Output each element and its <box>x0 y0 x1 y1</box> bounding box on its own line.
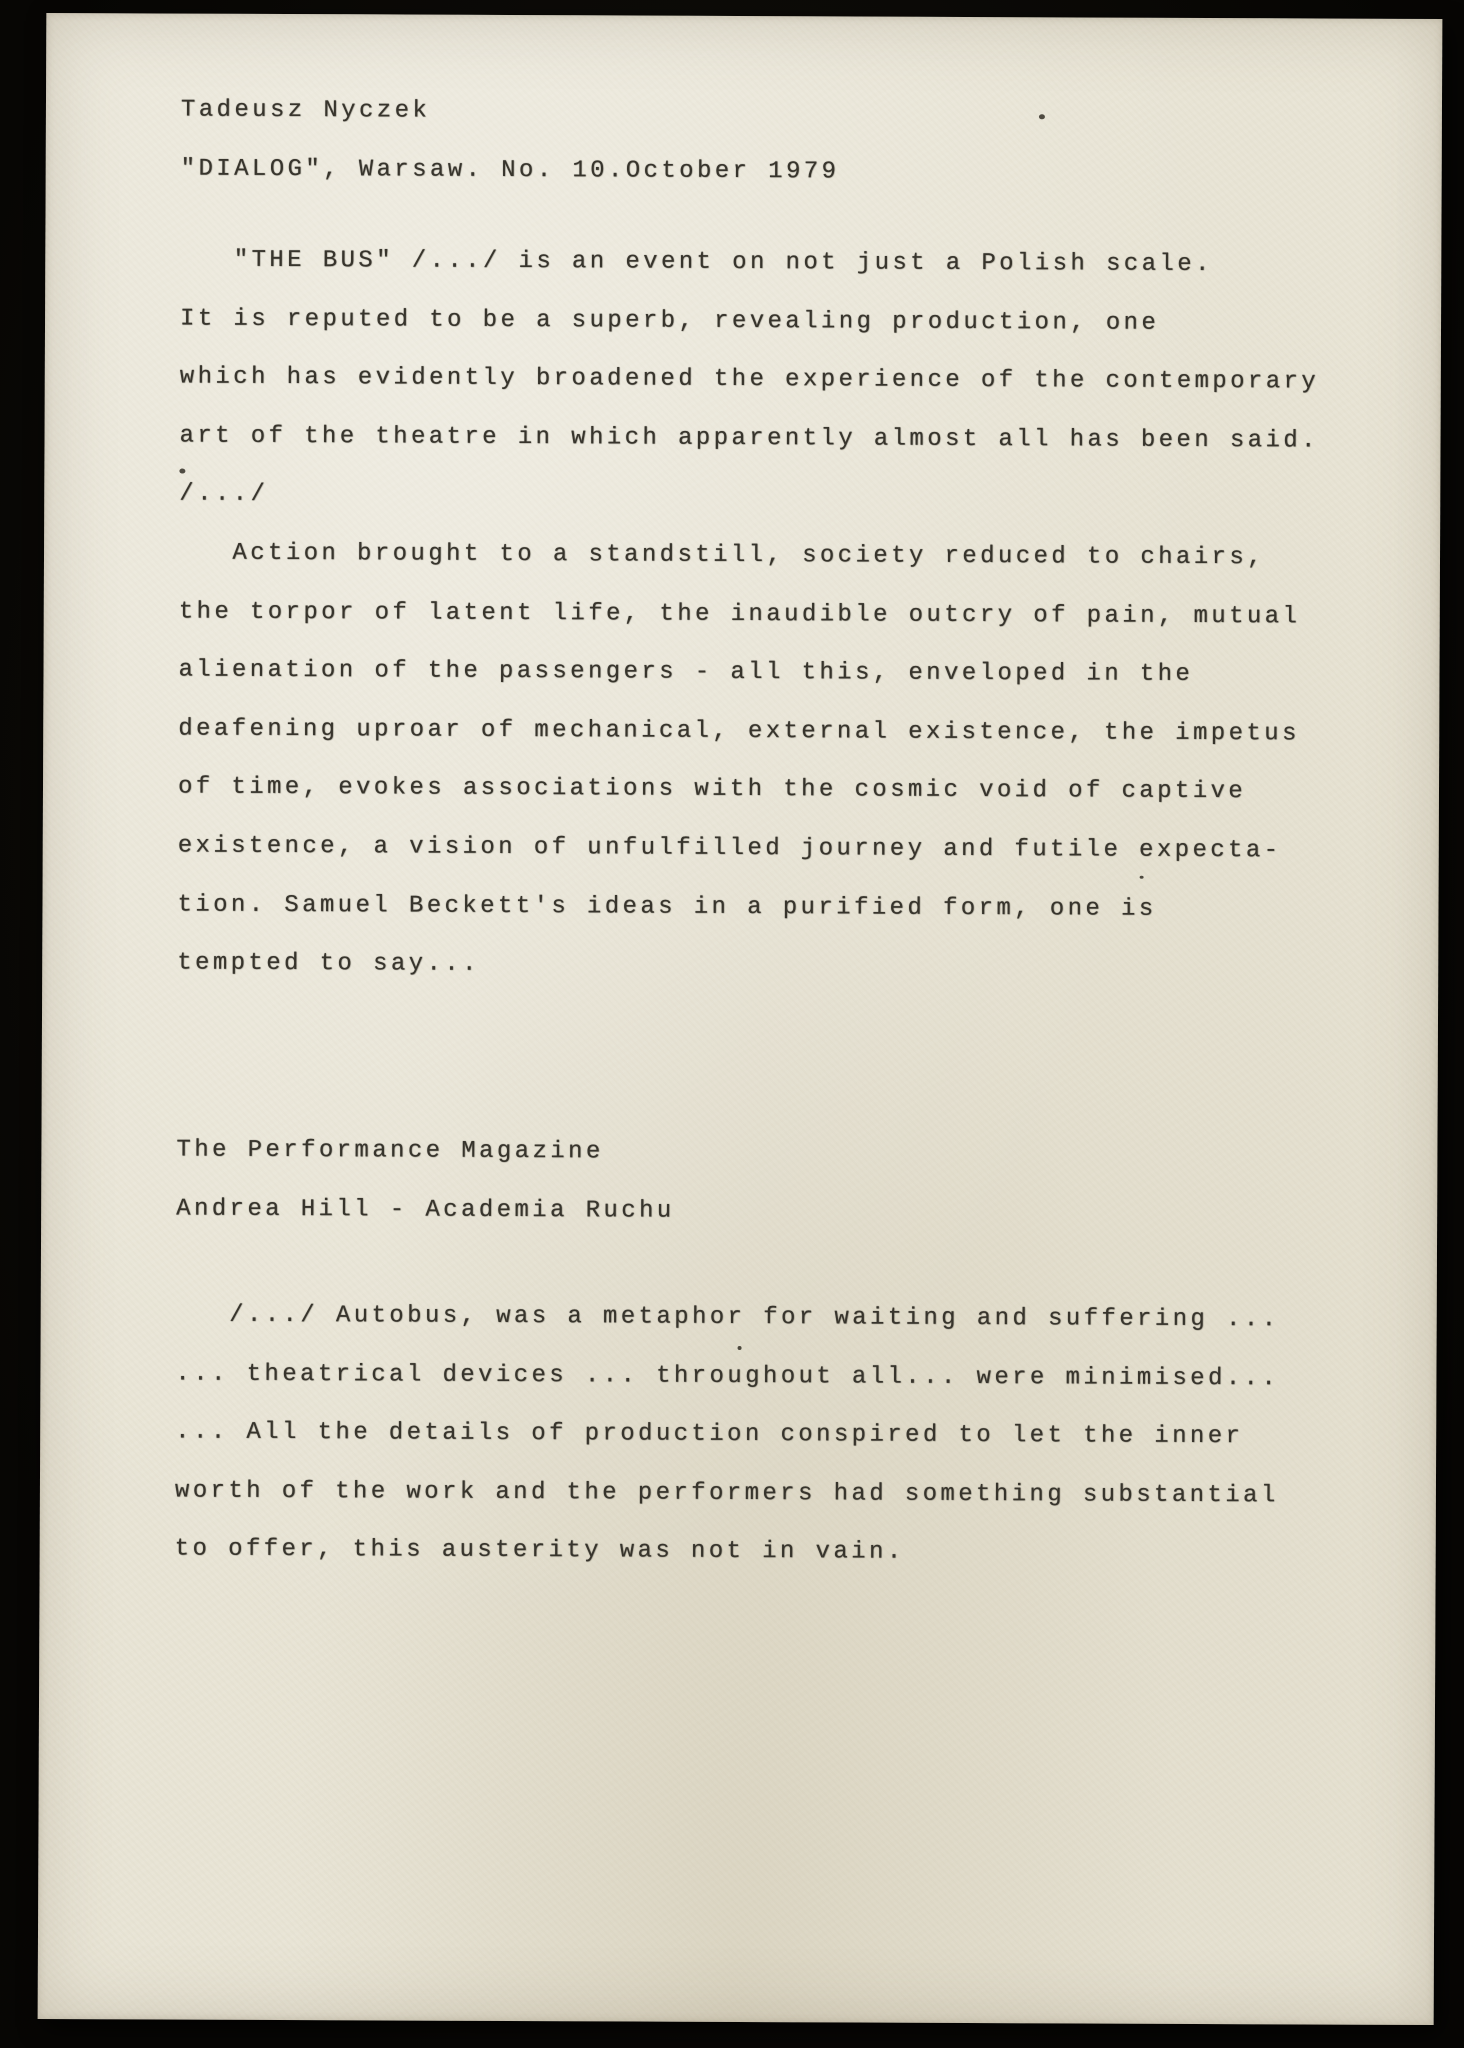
typewritten-line: of time, evokes associations with the co… <box>178 759 1318 823</box>
paper-speck <box>1140 876 1144 879</box>
typewritten-line: the torpor of latent life, the inaudible… <box>179 583 1319 647</box>
review2-body: /.../ Autobus, was a metaphor for waitin… <box>175 1287 1280 1585</box>
typewritten-line: ... All the details of production conspi… <box>175 1404 1279 1467</box>
paper-sheet: Tadeusz Nyczek "DIALOG", Warsaw. No. 10.… <box>38 13 1443 2025</box>
typewritten-line: art of the theatre in which apparently a… <box>179 407 1319 471</box>
typewritten-line: existence, a vision of unfulfilled journ… <box>178 817 1318 881</box>
typewritten-line: worth of the work and the performers had… <box>175 1462 1279 1525</box>
review1-body: "THE BUS" /.../ is an event on not just … <box>177 232 1320 999</box>
review1-source: "DIALOG", Warsaw. No. 10.October 1979 <box>181 140 840 201</box>
typewritten-line: which has evidently broadened the experi… <box>180 349 1320 413</box>
review2-byline: Andrea Hill - Academia Ruchu <box>176 1180 675 1241</box>
typewritten-line: to offer, this austerity was not in vain… <box>175 1521 1279 1584</box>
typewritten-line: "THE BUS" /.../ is an event on not just … <box>180 232 1320 296</box>
typewritten-line: Action brought to a standstill, society … <box>179 525 1319 589</box>
typewritten-line: deafening uproar of mechanical, external… <box>178 700 1318 764</box>
typewritten-line: alienation of the passengers - all this,… <box>178 642 1318 706</box>
paper-speck <box>738 1346 742 1350</box>
review2-header: The Performance Magazine Andrea Hill - A… <box>176 1122 675 1241</box>
review1-author: Tadeusz Nyczek <box>181 82 840 143</box>
typewritten-line: tion. Samuel Beckett's ideas in a purifi… <box>177 876 1317 940</box>
typewritten-line: It is reputed to be a superb, revealing … <box>180 290 1320 354</box>
typewritten-line: tempted to say... <box>177 935 1317 999</box>
typewritten-line: ... theatrical devices ... throughout al… <box>175 1345 1279 1408</box>
typewritten-line: /.../ Autobus, was a metaphor for waitin… <box>176 1287 1280 1350</box>
typewritten-line: /.../ <box>179 466 1319 530</box>
review1-header: Tadeusz Nyczek "DIALOG", Warsaw. No. 10.… <box>181 82 840 202</box>
paper-speck <box>179 469 185 474</box>
paper-speck <box>1039 114 1045 119</box>
review2-publication: The Performance Magazine <box>176 1122 675 1183</box>
